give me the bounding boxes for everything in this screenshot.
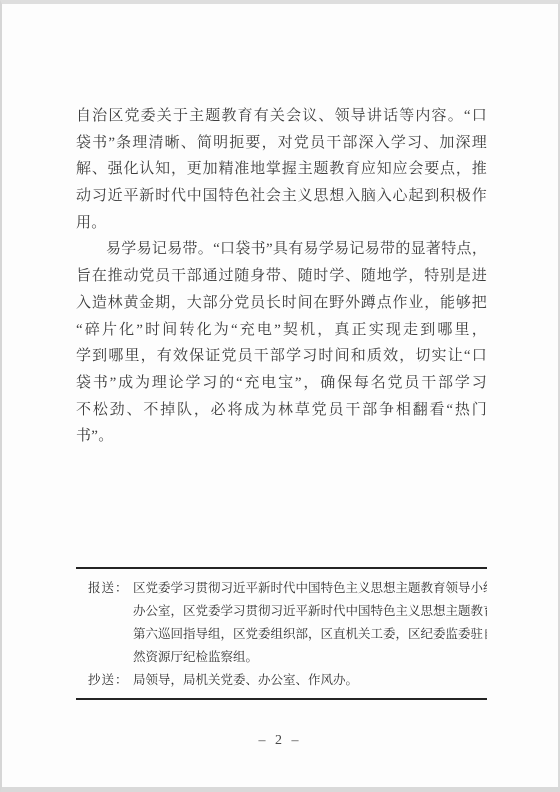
report-to-entry: 报送： 区党委学习贯彻习近平新时代中国特色主义思想主题教育领导小组 办公室，区党… [76,577,487,669]
body-line: 书”。 [76,423,487,450]
copy-to-label: 抄送： [76,669,133,692]
body-line: 用。 [76,210,487,237]
notice-line: 然资源厅纪检监察组。 [133,646,487,669]
body-line: 解、强化认知，更加精准地掌握主题教育应知应会要点，推 [76,156,487,183]
body-line: “碎片化”时间转化为“充电”契机，真正实现走到哪里， [76,317,487,344]
page-number: – 2 – [2,733,558,749]
body-line: 自治区党委关于主题教育有关会议、领导讲话等内容。“口 [76,103,487,130]
copy-to-entry: 抄送： 局领导，局机关党委、办公室、作风办。 [76,669,487,692]
notice-line: 办公室，区党委学习贯彻习近平新时代中国特色主义思想主题教育 [133,600,487,623]
report-to-content: 区党委学习贯彻习近平新时代中国特色主义思想主题教育领导小组 办公室，区党委学习贯… [133,577,487,669]
document-body: 自治区党委关于主题教育有关会议、领导讲话等内容。“口 袋书”条理清晰、简明扼要，… [76,103,487,450]
distribution-footer: 报送： 区党委学习贯彻习近平新时代中国特色主义思想主题教育领导小组 办公室，区党… [76,567,487,700]
body-line: 入造林黄金期，大部分党员长时间在野外蹲点作业，能够把 [76,290,487,317]
document-page: 自治区党委关于主题教育有关会议、领导讲话等内容。“口 袋书”条理清晰、简明扼要，… [0,0,560,792]
notice-line: 区党委学习贯彻习近平新时代中国特色主义思想主题教育领导小组 [133,577,487,600]
report-to-label: 报送： [76,577,133,600]
body-line: 学到哪里，有效保证党员干部学习时间和质效，切实让“口 [76,343,487,370]
body-line: 袋书”成为理论学习的“充电宝”，确保每名党员干部学习 [76,370,487,397]
notice-line: 局领导，局机关党委、办公室、作风办。 [133,669,487,692]
notice-line: 第六巡回指导组，区党委组织部，区直机关工委，区纪委监委驻自 [133,623,487,646]
copy-to-content: 局领导，局机关党委、办公室、作风办。 [133,669,487,692]
body-line: 袋书”条理清晰、简明扼要，对党员干部深入学习、加深理 [76,130,487,157]
body-line: 动习近平新时代中国特色社会主义思想入脑入心起到积极作 [76,183,487,210]
body-line: 旨在推动党员干部通过随身带、随时学、随地学，特别是进 [76,263,487,290]
body-line: 易学易记易带。“口袋书”具有易学易记易带的显著特点， [76,236,487,263]
body-line: 不松劲、不掉队，必将成为林草党员干部争相翻看“热门 [76,397,487,424]
